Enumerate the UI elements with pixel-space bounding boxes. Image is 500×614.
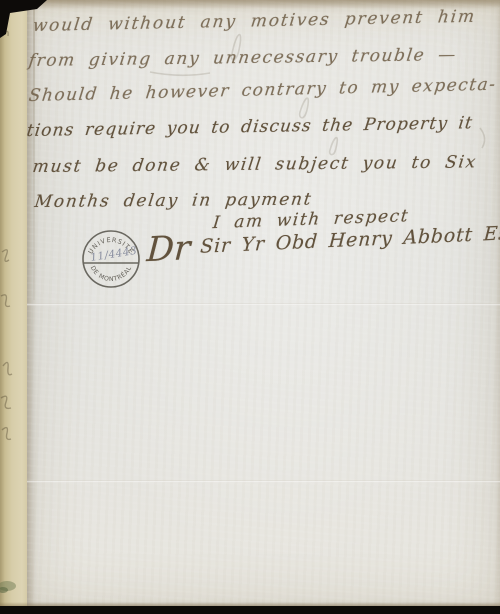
library-stamp: UNIVERSITÉ DE MONTRÉAL 11/4443 [66, 214, 156, 304]
scan-edge-bottom [0, 606, 500, 614]
svg-text:DE MONTRÉAL: DE MONTRÉAL [89, 265, 134, 283]
scanned-letter: would without any motives prevent him fr… [0, 0, 500, 614]
stamp-bottom-text: DE MONTRÉAL [89, 265, 134, 283]
